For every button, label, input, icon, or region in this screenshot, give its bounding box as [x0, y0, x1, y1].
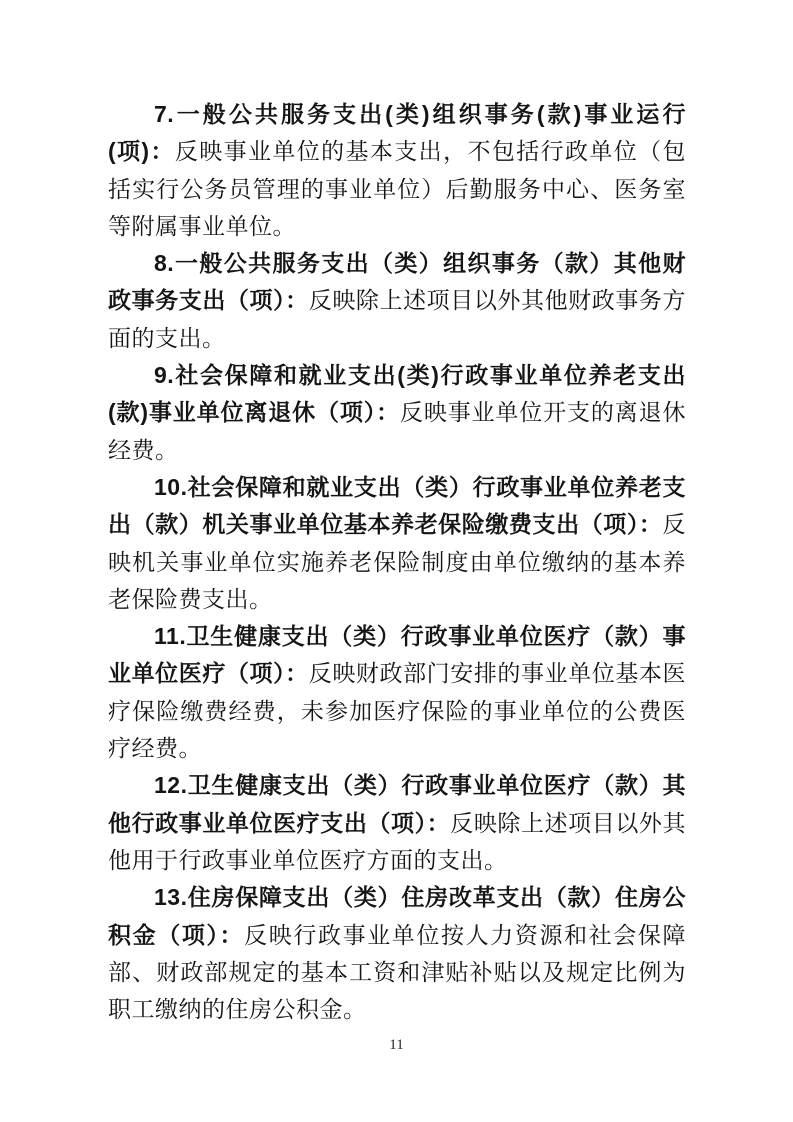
paragraph-9: 9.社会保障和就业支出(类)行政事业单位养老支出(款)事业单位离退休（项）：反映… — [108, 357, 686, 469]
document-page: 7.一般公共服务支出(类)组织事务(款)事业运行(项)：反映事业单位的基本支出，… — [0, 0, 793, 1122]
page-number: 11 — [389, 1037, 403, 1053]
paragraph-12: 12.卫生健康支出（类）行政事业单位医疗（款）其他行政事业单位医疗支出（项）：反… — [108, 767, 686, 879]
page-footer: 11 — [0, 1036, 793, 1054]
paragraph-13: 13.住房保障支出（类）住房改革支出（款）住房公积金（项）：反映行政事业单位按人… — [108, 879, 686, 1028]
paragraph-8: 8.一般公共服务支出（类）组织事务（款）其他财政事务支出（项）：反映除上述项目以… — [108, 245, 686, 357]
paragraph-7: 7.一般公共服务支出(类)组织事务(款)事业运行(项)：反映事业单位的基本支出，… — [108, 96, 686, 245]
paragraph-10-heading: 10.社会保障和就业支出（类）行政事业单位养老支出（款）机关事业单位基本养老保险… — [108, 474, 686, 537]
document-body: 7.一般公共服务支出(类)组织事务(款)事业运行(项)：反映事业单位的基本支出，… — [108, 96, 686, 1028]
paragraph-7-body: 反映事业单位的基本支出，不包括行政单位（包括实行公务员管理的事业单位）后勤服务中… — [108, 139, 686, 239]
paragraph-10: 10.社会保障和就业支出（类）行政事业单位养老支出（款）机关事业单位基本养老保险… — [108, 469, 686, 618]
paragraph-11: 11.卫生健康支出（类）行政事业单位医疗（款）事业单位医疗（项）：反映财政部门安… — [108, 618, 686, 767]
